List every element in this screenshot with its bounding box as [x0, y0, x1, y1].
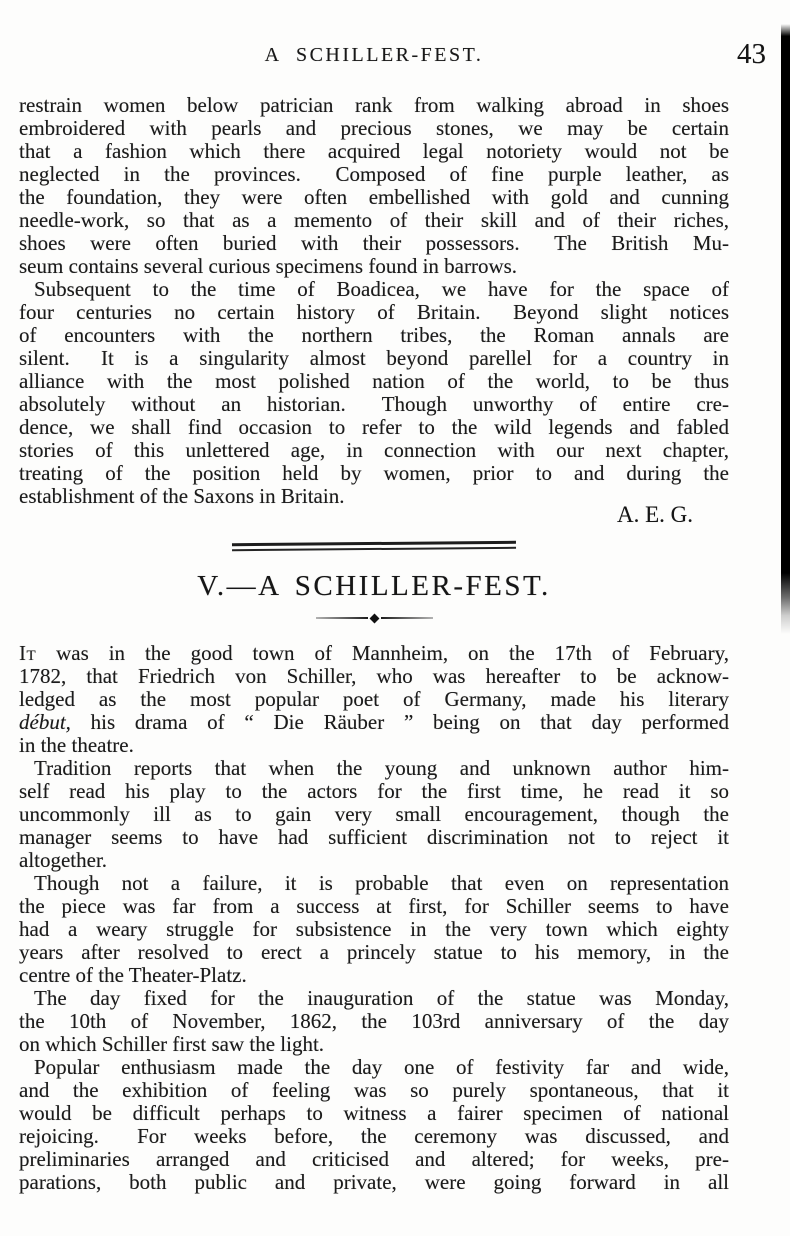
second-article-text: It was in the good town of Mannheim, on … — [19, 642, 729, 1194]
first-article-text: restrain women below patrician rank from… — [19, 94, 729, 508]
text-line: the 10th of November, 1862, the 103rd an… — [19, 1010, 729, 1033]
paragraph: Popular enthusiasm made the day one of f… — [19, 1056, 729, 1194]
text-line: ledged as the most popular poet of Germa… — [19, 688, 729, 711]
text-line: the piece was far from a success at firs… — [19, 895, 729, 918]
scan-edge-artifact — [781, 24, 790, 634]
text-line: years after resolved to erect a princely… — [19, 941, 729, 964]
section-divider-rule — [232, 541, 516, 551]
paragraph: Tradition reports that when the young an… — [19, 757, 729, 872]
text-line: the foundation, they were often embellis… — [19, 186, 729, 209]
text-line: seum contains several curious specimens … — [19, 255, 729, 278]
page-header: A SCHILLER-FEST. — [19, 44, 729, 67]
text-line: absolutely without an historian. Though … — [19, 393, 729, 416]
ornament-divider — [19, 611, 729, 625]
text-line: in the theatre. — [19, 734, 729, 757]
paragraph: The day fixed for the inauguration of th… — [19, 987, 729, 1056]
text-line: treating of the position held by women, … — [19, 462, 729, 485]
text-line: shoes were often buried with their posse… — [19, 232, 729, 255]
paragraph: restrain women below patrician rank from… — [19, 94, 729, 278]
section-heading: V.—A SCHILLER-FEST. — [19, 570, 729, 603]
text-line: début, his drama of “ Die Räuber ” being… — [19, 711, 729, 734]
text-line: uncommonly ill as to gain very small enc… — [19, 803, 729, 826]
text-line: of encounters with the northern tribes, … — [19, 324, 729, 347]
text-line: Subsequent to the time of Boadicea, we h… — [19, 278, 729, 301]
text-line: Popular enthusiasm made the day one of f… — [19, 1056, 729, 1079]
text-line: It was in the good town of Mannheim, on … — [19, 642, 729, 665]
running-header-title: A SCHILLER-FEST. — [265, 44, 484, 66]
smallcaps-text: It — [19, 641, 36, 665]
divider-line-right — [381, 617, 433, 619]
text-line: on which Schiller first saw the light. — [19, 1033, 729, 1056]
divider-line-left — [316, 617, 368, 619]
text-line: that a fashion which there acquired lega… — [19, 140, 729, 163]
text-line: neglected in the provinces. Composed of … — [19, 163, 729, 186]
text-line: stories of this unlettered age, in conne… — [19, 439, 729, 462]
text-line: would be difficult perhaps to witness a … — [19, 1102, 729, 1125]
page-number: 43 — [737, 38, 766, 71]
text-line: restrain women below patrician rank from… — [19, 94, 729, 117]
text-line: parations, both public and private, were… — [19, 1171, 729, 1194]
divider-rule-top — [232, 541, 516, 546]
text-line: dence, we shall find occasion to refer t… — [19, 416, 729, 439]
text-line: altogether. — [19, 849, 729, 872]
paragraph: Though not a failure, it is probable tha… — [19, 872, 729, 987]
italic-text: début, — [19, 710, 71, 734]
text-line: Though not a failure, it is probable tha… — [19, 872, 729, 895]
text-line: centre of the Theater-Platz. — [19, 964, 729, 987]
text-segment: was in the good town of Mannheim, on the… — [36, 641, 729, 665]
text-line: 1782, that Friedrich von Schiller, who w… — [19, 665, 729, 688]
divider-rule-bottom — [232, 546, 516, 550]
text-line: and the exhibition of feeling was so pur… — [19, 1079, 729, 1102]
text-line: needle-work, so that as a memento of the… — [19, 209, 729, 232]
author-initials: A. E. G. — [19, 502, 729, 527]
text-line: silent. It is a singularity almost beyon… — [19, 347, 729, 370]
text-line: The day fixed for the inauguration of th… — [19, 987, 729, 1010]
text-line: self read his play to the actors for the… — [19, 780, 729, 803]
text-line: preliminaries arranged and criticised an… — [19, 1148, 729, 1171]
paragraph: Subsequent to the time of Boadicea, we h… — [19, 278, 729, 508]
text-segment: his drama of “ Die Räuber ” being on tha… — [71, 710, 729, 734]
text-line: rejoicing. For weeks before, the ceremon… — [19, 1125, 729, 1148]
text-line: alliance with the most polished nation o… — [19, 370, 729, 393]
text-line: embroidered with pearls and precious sto… — [19, 117, 729, 140]
book-page: A SCHILLER-FEST. 43 restrain women below… — [0, 0, 790, 1236]
diamond-icon — [369, 613, 379, 623]
text-line: manager seems to have had sufficient dis… — [19, 826, 729, 849]
paragraph: It was in the good town of Mannheim, on … — [19, 642, 729, 757]
text-line: Tradition reports that when the young an… — [19, 757, 729, 780]
text-line: had a weary struggle for subsistence in … — [19, 918, 729, 941]
text-line: four centuries no certain history of Bri… — [19, 301, 729, 324]
